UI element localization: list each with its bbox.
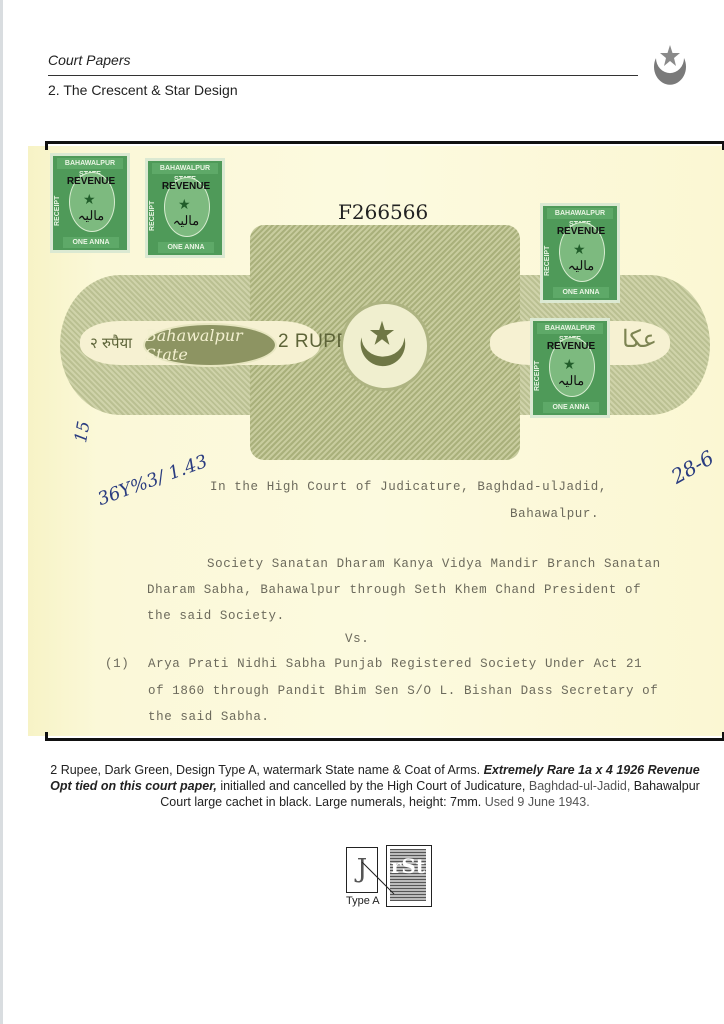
frame-top xyxy=(45,141,724,144)
revenue-stamp: BAHAWALPUR STATE ★ REVENUE مالیہ RECEIPT… xyxy=(530,318,610,418)
stamp-side-label: RECEIPT xyxy=(54,196,61,226)
caption: 2 Rupee, Dark Green, Design Type A, wate… xyxy=(50,762,700,810)
crescent-star-icon xyxy=(648,40,692,92)
star-icon: ★ xyxy=(573,241,586,258)
typed-line: (1) xyxy=(105,657,129,671)
typed-line: Society Sanatan Dharam Kanya Vidya Mandi… xyxy=(207,557,661,571)
stamp-value-label: ONE ANNA xyxy=(543,402,599,413)
frame-corner xyxy=(45,141,48,150)
caption-text: initialled and cancelled by the High Cou… xyxy=(217,779,529,793)
stamp-urdu-overprint: مالیہ xyxy=(166,213,206,229)
denomination-urdu: عکا xyxy=(622,325,657,354)
stamp-value-label: ONE ANNA xyxy=(553,287,609,298)
typed-line: Arya Prati Nidhi Sabha Punjab Registered… xyxy=(148,657,642,671)
frame-bottom xyxy=(45,738,724,741)
caption-location: Baghdad-ul-Jadid, xyxy=(529,779,630,793)
revenue-stamp: BAHAWALPUR STATE ★ REVENUE مالیہ RECEIPT… xyxy=(540,203,620,303)
typed-line: Dharam Sabha, Bahawalpur through Seth Kh… xyxy=(147,583,641,597)
caption-text: 2 Rupee, Dark Green, Design Type A, wate… xyxy=(50,763,483,777)
stamp-urdu-overprint: مالیہ xyxy=(71,208,111,224)
stamp-state-label: BAHAWALPUR STATE xyxy=(537,323,603,334)
typed-line: the said Society. xyxy=(147,609,285,623)
stamp-overprint: REVENUE xyxy=(61,176,121,187)
typed-line: In the High Court of Judicature, Baghdad… xyxy=(210,480,607,494)
pointer-line xyxy=(360,860,400,900)
crescent-star-medallion xyxy=(340,301,430,391)
revenue-stamp: BAHAWALPUR STATE ★ REVENUE مالیہ RECEIPT… xyxy=(145,158,225,258)
stamp-side-label: RECEIPT xyxy=(534,361,541,391)
revenue-stamp: BAHAWALPUR STATE ★ REVENUE مالیہ RECEIPT… xyxy=(50,153,130,253)
star-icon: ★ xyxy=(83,191,96,208)
serial-number: F266566 xyxy=(338,200,428,224)
denomination-hindi: २ रुपैया xyxy=(90,333,132,353)
stamp-urdu-overprint: مالیہ xyxy=(551,373,591,389)
stamp-overprint: REVENUE xyxy=(156,181,216,192)
typed-line: Bahawalpur. xyxy=(510,507,599,521)
typed-line: the said Sabha. xyxy=(148,710,270,724)
state-name-oval: Bahawalpur State xyxy=(143,323,277,367)
typed-line: of 1860 through Pandit Bhim Sen S/O L. B… xyxy=(148,684,658,698)
header-rule xyxy=(48,75,638,76)
stamp-state-label: BAHAWALPUR STATE xyxy=(152,163,218,174)
caption-date: Used 9 June 1943. xyxy=(485,795,590,809)
stamp-value-label: ONE ANNA xyxy=(158,242,214,253)
section-subtitle: 2. The Crescent & Star Design xyxy=(48,82,238,98)
stamp-overprint: REVENUE xyxy=(551,226,611,237)
stamp-urdu-overprint: مالیہ xyxy=(561,258,601,274)
watermark-label: Type A xyxy=(346,895,380,907)
stamp-state-label: BAHAWALPUR STATE xyxy=(547,208,613,219)
stamp-overprint: REVENUE xyxy=(541,341,601,352)
stamp-value-label: ONE ANNA xyxy=(63,237,119,248)
stamp-side-label: RECEIPT xyxy=(544,246,551,276)
crescent-star-icon xyxy=(343,304,421,382)
star-icon: ★ xyxy=(178,196,191,213)
handwritten-margin-number: 15 xyxy=(71,420,94,445)
page-edge xyxy=(0,0,3,1024)
stamp-side-label: RECEIPT xyxy=(149,201,156,231)
frame-corner xyxy=(45,732,48,741)
typed-line: Vs. xyxy=(345,632,369,646)
star-icon: ★ xyxy=(563,356,576,373)
stamp-state-label: BAHAWALPUR STATE xyxy=(57,158,123,169)
section-title: Court Papers xyxy=(48,52,130,68)
